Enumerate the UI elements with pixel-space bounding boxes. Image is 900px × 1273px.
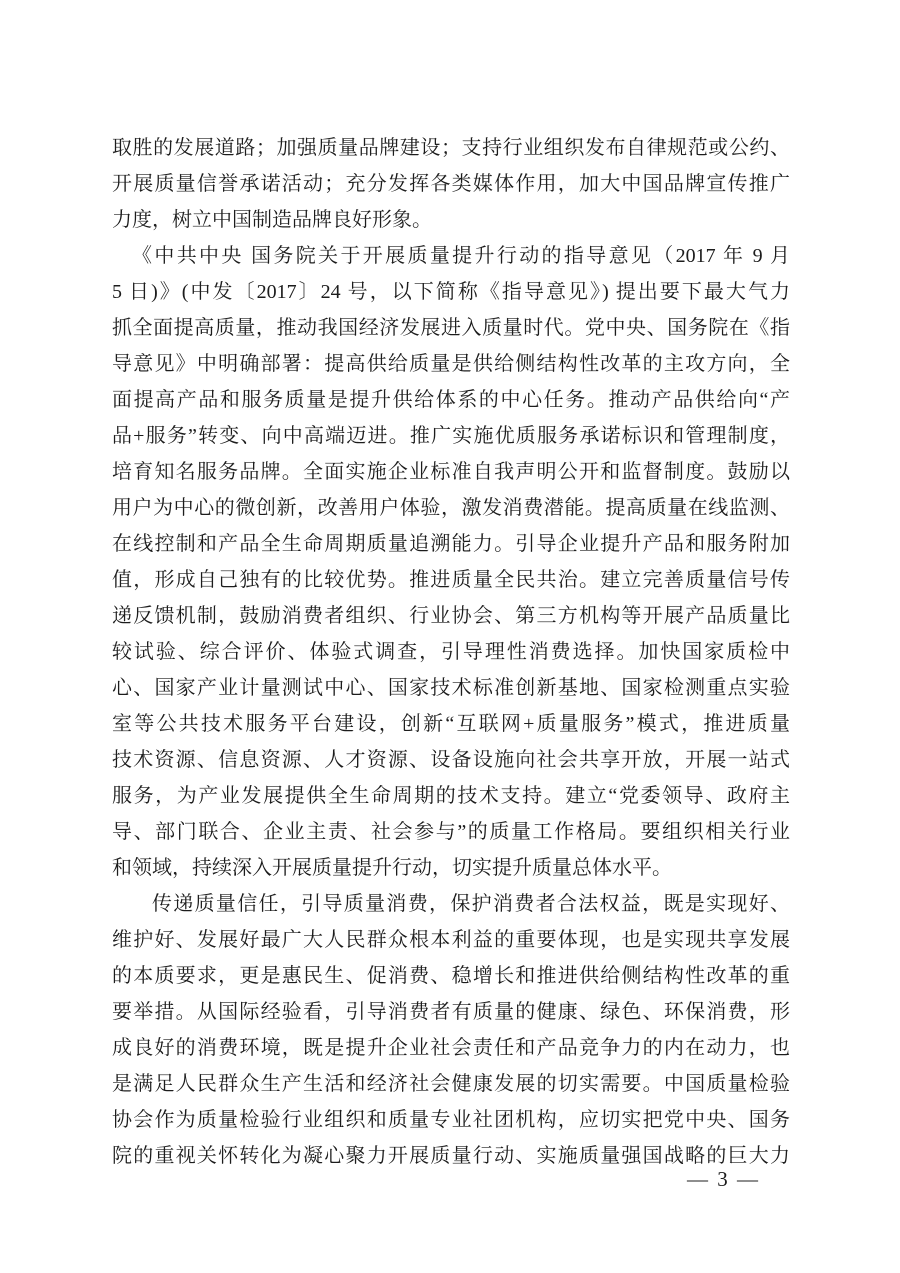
text-line: 心、国家产业计量测试中心、国家技术标准创新基地、国家检测重点实验 xyxy=(112,670,790,706)
text-line: 取胜的发展道路；加强质量品牌建设；支持行业组织发布自律规范或公约、 xyxy=(112,130,790,166)
text-line: 5 日)》(中发〔2017〕24 号，以下简称《指导意见》) 提出要下最大气力 xyxy=(112,274,790,310)
text-line: 和领域，持续深入开展质量提升行动，切实提升质量总体水平。 xyxy=(112,850,790,886)
text-line: 要举措。从国际经验看，引导消费者有质量的健康、绿色、环保消费，形 xyxy=(112,994,790,1030)
text-line: 较试验、综合评价、体验式调查，引导理性消费选择。加快国家质检中 xyxy=(112,634,790,670)
page-number: — 3 — xyxy=(687,1166,760,1192)
text-line: 《中共中央 国务院关于开展质量提升行动的指导意见（2017 年 9 月 xyxy=(112,238,790,274)
text-line: 抓全面提高质量，推动我国经济发展进入质量时代。党中央、国务院在《指 xyxy=(112,310,790,346)
text-line: 成良好的消费环境，既是提升企业社会责任和产品竞争力的内在动力，也 xyxy=(112,1030,790,1066)
text-line: 传递质量信任，引导质量消费，保护消费者合法权益，既是实现好、 xyxy=(112,886,790,922)
body-text-block: 取胜的发展道路；加强质量品牌建设；支持行业组织发布自律规范或公约、开展质量信誉承… xyxy=(112,130,790,1174)
paragraph: 取胜的发展道路；加强质量品牌建设；支持行业组织发布自律规范或公约、开展质量信誉承… xyxy=(112,130,790,238)
paragraph: 《中共中央 国务院关于开展质量提升行动的指导意见（2017 年 9 月5 日)》… xyxy=(112,238,790,886)
text-line: 品+服务”转变、向中高端迈进。推广实施优质服务承诺标识和管理制度， xyxy=(112,418,790,454)
text-line: 导意见》中明确部署：提高供给质量是供给侧结构性改革的主攻方向，全 xyxy=(112,346,790,382)
text-line: 室等公共技术服务平台建设，创新“互联网+质量服务”模式，推进质量 xyxy=(112,706,790,742)
text-line: 导、部门联合、企业主责、社会参与”的质量工作格局。要组织相关行业 xyxy=(112,814,790,850)
text-line: 协会作为质量检验行业组织和质量专业社团机构，应切实把党中央、国务 xyxy=(112,1102,790,1138)
text-line: 是满足人民群众生产生活和经济社会健康发展的切实需要。中国质量检验 xyxy=(112,1066,790,1102)
text-line: 力度，树立中国制造品牌良好形象。 xyxy=(112,202,790,238)
text-line: 用户为中心的微创新，改善用户体验，激发消费潜能。提高质量在线监测、 xyxy=(112,490,790,526)
text-line: 开展质量信誉承诺活动；充分发挥各类媒体作用，加大中国品牌宣传推广 xyxy=(112,166,790,202)
paragraph: 传递质量信任，引导质量消费，保护消费者合法权益，既是实现好、维护好、发展好最广大… xyxy=(112,886,790,1174)
text-line: 在线控制和产品全生命周期质量追溯能力。引导企业提升产品和服务附加 xyxy=(112,526,790,562)
text-line: 递反馈机制，鼓励消费者组织、行业协会、第三方机构等开展产品质量比 xyxy=(112,598,790,634)
text-line: 的本质要求，更是惠民生、促消费、稳增长和推进供给侧结构性改革的重 xyxy=(112,958,790,994)
document-page: 取胜的发展道路；加强质量品牌建设；支持行业组织发布自律规范或公约、开展质量信誉承… xyxy=(0,0,900,1273)
text-line: 培育知名服务品牌。全面实施企业标准自我声明公开和监督制度。鼓励以 xyxy=(112,454,790,490)
text-line: 服务，为产业发展提供全生命周期的技术支持。建立“党委领导、政府主 xyxy=(112,778,790,814)
text-line: 面提高产品和服务质量是提升供给体系的中心任务。推动产品供给向“产 xyxy=(112,382,790,418)
text-line: 维护好、发展好最广大人民群众根本利益的重要体现，也是实现共享发展 xyxy=(112,922,790,958)
text-line: 技术资源、信息资源、人才资源、设备设施向社会共享开放，开展一站式 xyxy=(112,742,790,778)
text-line: 值，形成自己独有的比较优势。推进质量全民共治。建立完善质量信号传 xyxy=(112,562,790,598)
